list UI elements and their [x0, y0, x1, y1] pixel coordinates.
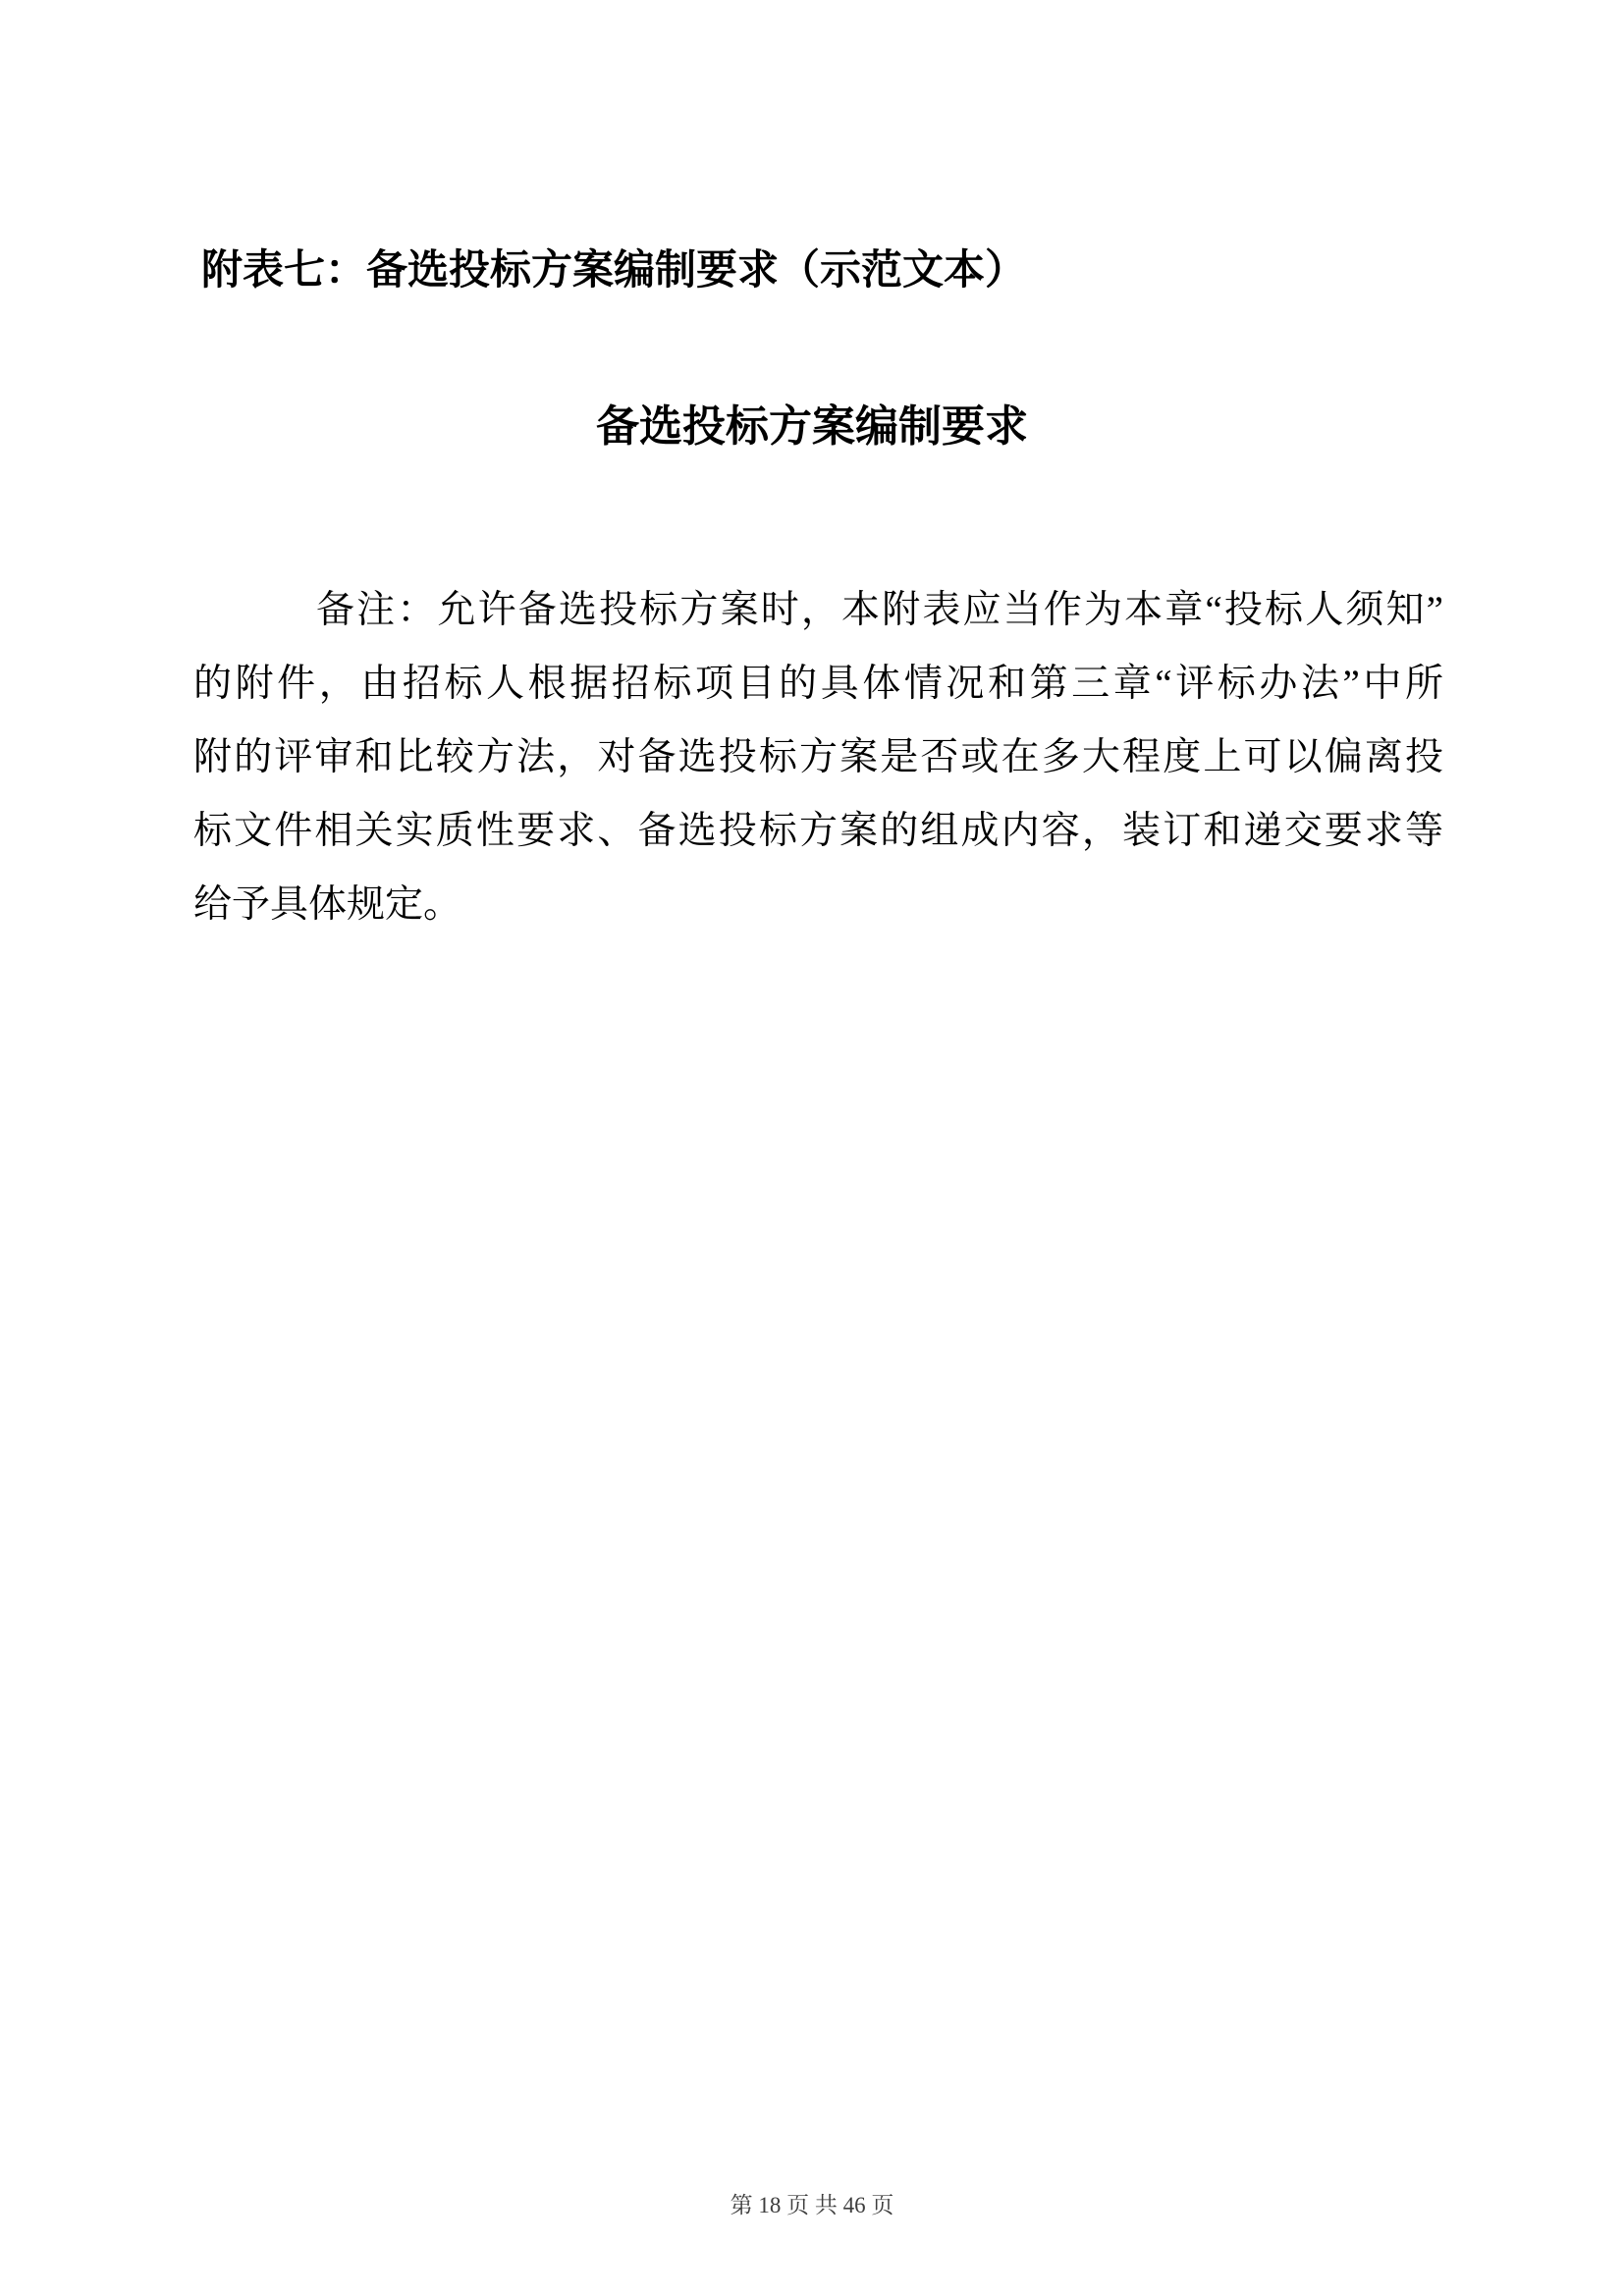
- note-line-1: 备注：允许备选投标方案时，本附表应当作为本章“投标人须知”: [193, 573, 1443, 647]
- note-paragraph: 备注：允许备选投标方案时，本附表应当作为本章“投标人须知” 的附件，由招标人根据…: [193, 573, 1443, 941]
- note-line-4: 标文件相关实质性要求、备选投标方案的组成内容，装订和递交要求等: [193, 794, 1443, 868]
- document-title: 备选投标方案编制要求: [0, 399, 1624, 455]
- note-line-2: 的附件，由招标人根据招标项目的具体情况和第三章“评标办法”中所: [193, 647, 1443, 721]
- document-page: 附表七：备选投标方案编制要求（示范文本） 备选投标方案编制要求 备注：允许备选投…: [0, 0, 1624, 2296]
- note-line-5: 给予具体规定。: [193, 868, 1443, 941]
- attachment-heading: 附表七：备选投标方案编制要求（示范文本）: [201, 243, 1026, 296]
- page-number-footer: 第 18 页 共 46 页: [0, 2191, 1624, 2220]
- note-line-3: 附的评审和比较方法，对备选投标方案是否或在多大程度上可以偏离投: [193, 721, 1443, 794]
